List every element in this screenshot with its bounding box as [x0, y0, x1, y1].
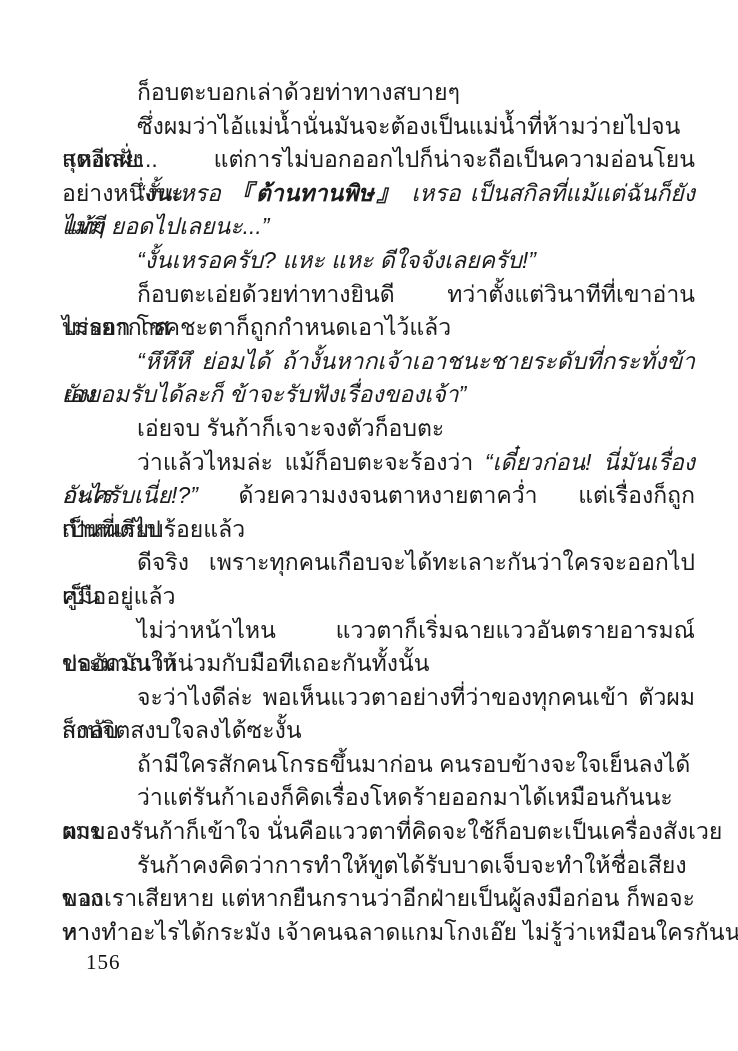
text-line: ยังยอมรับได้ละก็ ข้าจะรับฟังเรื่องของเจ้…: [62, 378, 695, 412]
text-segment: ตาของรันก้าก็เข้าใจ นั่นคือแววตาที่คิดจะ…: [62, 818, 722, 844]
text-segment: กันครับเนี่ย!?”: [62, 482, 198, 508]
text-line: ขออัดมันให้น่วมกับมือทีเถอะกันทั้งนั้น: [62, 647, 695, 681]
text-line: “งั้นเหรอ 『ต้านทานพิษ』 เหรอ เป็นสกิลที่แ…: [62, 177, 695, 211]
text-line: ว่าแล้วไหมล่ะ แม้ก็อบตะจะร้องว่า “เดี๋ยว…: [62, 446, 695, 480]
text-segment: ว่าแล้วไหมล่ะ แม้ก็อบตะจะร้องว่า: [137, 449, 485, 475]
text-segment: ถ้ามีใครสักคนโกรธขึ้นมาก่อน คนรอบข้างจะใ…: [137, 751, 690, 777]
text-line: กันครับเนี่ย!?” ด้วยความงงจนตาหงายตาคว่ำ…: [62, 479, 695, 513]
text-line: เอ่ยจบ รันก้าก็เจาะจงตัวก็อบตะ: [62, 412, 695, 446]
text-block: ก็อบตะบอกเล่าด้วยท่าทางสบายๆซึ่งผมว่าไอ้…: [62, 76, 695, 949]
page-number: 156: [86, 950, 121, 975]
text-line: ไม่ว่าหน้าไหน แววตาก็เริ่มฉายแววอันตรายอ…: [62, 614, 695, 648]
text-line: รันก้าคงคิดว่าการทำให้ทูตได้รับบาดเจ็บจะ…: [62, 849, 695, 883]
text-line: ไม่ออก โชคชะตาก็ถูกกำหนดเอาไว้แล้ว: [62, 311, 695, 345]
text-segment: เอ่ยจบ รันก้าก็เจาะจงตัวก็อบตะ: [137, 415, 444, 441]
text-line: ซึ่งผมว่าไอ้แม่น้ำนั่นมันจะต้องเป็นแม่น้…: [62, 110, 695, 144]
text-line: พวกเราเสียหาย แต่หากยืนกรานว่าอีกฝ่ายเป็…: [62, 882, 695, 916]
text-line: สงบจิตสงบใจลงได้ซะงั้น: [62, 714, 695, 748]
text-line: ดีจริง เพราะทุกคนเกือบจะได้ทะเลาะกันว่าใ…: [62, 546, 695, 580]
text-line: “งั้นเหรอครับ? แหะ แหะ ดีใจจังเลยครับ!”: [62, 244, 695, 278]
text-segment: สงบจิตสงบใจลงได้ซะงั้น: [62, 717, 302, 743]
text-line: ทางทำอะไรได้กระมัง เจ้าคนฉลาดแกมโกงเอ๊ย …: [62, 916, 695, 950]
text-line: ตาของรันก้าก็เข้าใจ นั่นคือแววตาที่คิดจะ…: [62, 815, 695, 849]
text-line: “หึหึหึ ย่อมได้ ถ้างั้นหากเจ้าเอาชนะชายร…: [62, 345, 695, 379]
text-segment: ไม่ออก โชคชะตาก็ถูกกำหนดเอาไว้แล้ว: [62, 314, 451, 340]
text-segment: ทางทำอะไรได้กระมัง เจ้าคนฉลาดแกมโกงเอ๊ย …: [62, 919, 738, 945]
text-segment: ยังยอมรับได้ละก็ ข้าจะรับฟังเรื่องของเจ้…: [62, 381, 466, 407]
book-page: ก็อบตะบอกเล่าด้วยท่าทางสบายๆซึ่งผมว่าไอ้…: [0, 0, 738, 1051]
text-segment: “งั้นเหรอครับ? แหะ แหะ ดีใจจังเลยครับ!”: [137, 247, 536, 273]
text-segment: คู่มืออยู่แล้ว: [62, 583, 175, 609]
text-segment: ก็อบตะบอกเล่าด้วยท่าทางสบายๆ: [137, 79, 460, 105]
text-line: ก็อบตะเอ่ยด้วยท่าทางยินดี ทว่าตั้งแต่วิน…: [62, 278, 695, 312]
text-line: ก็อบตะบอกเล่าด้วยท่าทางสบายๆ: [62, 76, 695, 110]
text-segment: เป็นที่เรียบร้อยแล้ว: [62, 516, 245, 542]
text-line: แท้ๆ ยอดไปเลยนะ...”: [62, 210, 695, 244]
text-line: จะว่าไงดีล่ะ พอเห็นแววตาอย่างที่ว่าของทุ…: [62, 681, 695, 715]
text-segment: แท้ๆ ยอดไปเลยนะ...”: [62, 213, 269, 239]
text-segment: “งั้นเหรอ: [137, 180, 230, 206]
text-line: เป็นที่เรียบร้อยแล้ว: [62, 513, 695, 547]
text-segment: 『ต้านทานพิษ』: [230, 180, 402, 206]
text-line: แหงเลย... แต่การไม่บอกออกไปก็น่าจะถือเป็…: [62, 143, 695, 177]
text-line: ว่าแต่รันก้าเองก็คิดเรื่องโหดร้ายออกมาได…: [62, 781, 695, 815]
text-line: คู่มืออยู่แล้ว: [62, 580, 695, 614]
text-line: ถ้ามีใครสักคนโกรธขึ้นมาก่อน คนรอบข้างจะใ…: [62, 748, 695, 782]
text-segment: ขออัดมันให้น่วมกับมือทีเถอะกันทั้งนั้น: [62, 650, 429, 676]
